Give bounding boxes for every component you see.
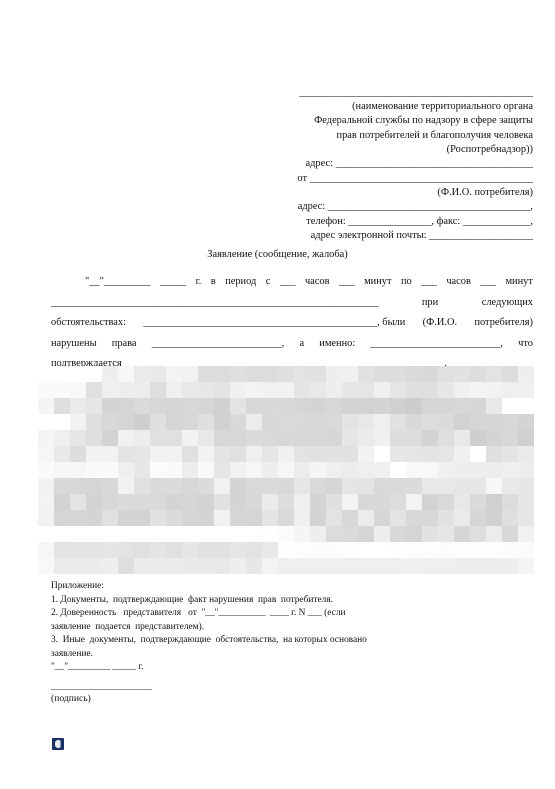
mosaic-cell xyxy=(454,446,470,462)
mosaic-cell xyxy=(38,430,54,446)
mosaic-cell xyxy=(198,462,214,478)
mosaic-cell xyxy=(70,366,86,382)
mosaic-cell xyxy=(118,510,134,526)
mosaic-cell xyxy=(278,510,294,526)
mosaic-cell xyxy=(470,462,486,478)
mosaic-cell xyxy=(38,494,54,510)
mosaic-cell xyxy=(198,366,214,382)
mosaic-cell xyxy=(182,462,198,478)
mosaic-cell xyxy=(502,430,518,446)
mosaic-cell xyxy=(182,446,198,462)
statement-word: часов xyxy=(305,272,330,293)
mosaic-cell xyxy=(246,542,262,558)
signature-caption: (подпись) xyxy=(51,693,152,705)
mosaic-cell xyxy=(198,446,214,462)
mosaic-cell xyxy=(198,542,214,558)
mosaic-cell xyxy=(454,382,470,398)
mosaic-cell xyxy=(326,366,342,382)
mosaic-cell xyxy=(262,526,278,542)
mosaic-cell xyxy=(294,526,310,542)
mosaic-cell xyxy=(374,478,390,494)
mosaic-cell xyxy=(454,430,470,446)
mosaic-cell xyxy=(470,558,486,574)
mosaic-cell xyxy=(374,494,390,510)
mosaic-cell xyxy=(166,366,182,382)
mosaic-cell xyxy=(198,382,214,398)
mosaic-cell xyxy=(102,462,118,478)
mosaic-cell xyxy=(214,558,230,574)
mosaic-cell xyxy=(406,446,422,462)
appendix-section: Приложение: 1. Документы, подтверждающие… xyxy=(51,580,411,675)
mosaic-cell xyxy=(422,366,438,382)
mosaic-cell xyxy=(470,382,486,398)
mosaic-cell xyxy=(438,526,454,542)
authority-name-field: ________________________________________… xyxy=(299,86,533,100)
mosaic-cell xyxy=(166,558,182,574)
mosaic-cell xyxy=(54,478,70,494)
mosaic-cell xyxy=(374,462,390,478)
mosaic-cell xyxy=(262,398,278,414)
mosaic-cell xyxy=(502,462,518,478)
statement-word: а xyxy=(299,334,304,355)
mosaic-cell xyxy=(454,510,470,526)
mosaic-cell xyxy=(86,494,102,510)
mosaic-cell xyxy=(374,398,390,414)
mosaic-cell xyxy=(246,446,262,462)
mosaic-cell xyxy=(70,542,86,558)
mosaic-cell xyxy=(310,526,326,542)
statement-word: ________________________________________… xyxy=(143,313,405,334)
mosaic-cell xyxy=(118,446,134,462)
mosaic-cell xyxy=(70,414,86,430)
mosaic-cell xyxy=(374,510,390,526)
mosaic-cell xyxy=(198,558,214,574)
mosaic-cell xyxy=(54,462,70,478)
mosaic-cell xyxy=(118,366,134,382)
mosaic-cell xyxy=(390,558,406,574)
mosaic-cell xyxy=(486,558,502,574)
mosaic-cell xyxy=(326,398,342,414)
mosaic-cell xyxy=(166,542,182,558)
mosaic-cell xyxy=(150,366,166,382)
mosaic-cell xyxy=(134,478,150,494)
mosaic-cell xyxy=(278,430,294,446)
mosaic-cell xyxy=(230,446,246,462)
mosaic-cell xyxy=(262,366,278,382)
statement-word: ___ xyxy=(421,272,437,293)
mosaic-cell xyxy=(262,558,278,574)
mosaic-cell xyxy=(358,382,374,398)
mosaic-cell xyxy=(374,558,390,574)
statement-word: что xyxy=(518,334,533,355)
mosaic-cell xyxy=(214,462,230,478)
mosaic-cell xyxy=(214,382,230,398)
applicant-name-caption: (Ф.И.О. потребителя) xyxy=(297,186,533,200)
mosaic-cell xyxy=(326,414,342,430)
mosaic-cell xyxy=(134,446,150,462)
mosaic-cell xyxy=(454,478,470,494)
mosaic-cell xyxy=(310,510,326,526)
mosaic-cell xyxy=(326,478,342,494)
mosaic-cell xyxy=(102,446,118,462)
mosaic-cell xyxy=(278,558,294,574)
mosaic-cell xyxy=(486,462,502,478)
statement-word: именно: xyxy=(319,334,355,355)
mosaic-cell xyxy=(214,398,230,414)
mosaic-cell xyxy=(342,446,358,462)
mosaic-cell xyxy=(70,510,86,526)
mosaic-cell xyxy=(390,446,406,462)
mosaic-cell xyxy=(486,510,502,526)
mosaic-cell xyxy=(166,462,182,478)
mosaic-cell xyxy=(502,382,518,398)
mosaic-cell xyxy=(422,430,438,446)
mosaic-cell xyxy=(134,510,150,526)
mosaic-cell xyxy=(294,542,310,558)
mosaic-cell xyxy=(38,398,54,414)
mosaic-cell xyxy=(38,366,54,382)
mosaic-cell xyxy=(518,382,534,398)
statement-word: при xyxy=(422,293,438,314)
mosaic-cell xyxy=(214,526,230,542)
mosaic-cell xyxy=(294,510,310,526)
mosaic-cell xyxy=(278,526,294,542)
mosaic-cell xyxy=(150,526,166,542)
mosaic-cell xyxy=(342,542,358,558)
mosaic-cell xyxy=(214,430,230,446)
mosaic-cell xyxy=(486,414,502,430)
mosaic-cell xyxy=(310,382,326,398)
mosaic-cell xyxy=(262,414,278,430)
mosaic-cell xyxy=(502,526,518,542)
statement-word: ________________________________________… xyxy=(51,293,378,314)
mosaic-cell xyxy=(38,446,54,462)
mosaic-cell xyxy=(390,478,406,494)
statement-word: минут xyxy=(505,272,532,293)
mosaic-cell xyxy=(54,446,70,462)
mosaic-cell xyxy=(486,494,502,510)
applicant-address-field: адрес: _________________________________… xyxy=(297,200,533,214)
mosaic-cell xyxy=(86,526,102,542)
mosaic-cell xyxy=(54,430,70,446)
mosaic-cell xyxy=(502,446,518,462)
mosaic-cell xyxy=(150,494,166,510)
authority-caption-line-2: Федеральной службы по надзору в сфере за… xyxy=(299,114,533,128)
statement-word: период xyxy=(225,272,256,293)
mosaic-cell xyxy=(70,526,86,542)
mosaic-cell xyxy=(342,494,358,510)
appendix-item-2-cont: заявление подается представителем). xyxy=(51,621,411,635)
mosaic-cell xyxy=(486,366,502,382)
mosaic-cell xyxy=(406,414,422,430)
mosaic-cell xyxy=(86,462,102,478)
mosaic-cell xyxy=(182,510,198,526)
mosaic-cell xyxy=(198,430,214,446)
authority-caption-line-4: (Роспотребнадзор)) xyxy=(299,143,533,157)
mosaic-cell xyxy=(230,398,246,414)
mosaic-cell xyxy=(102,510,118,526)
mosaic-cell xyxy=(38,414,54,430)
mosaic-cell xyxy=(406,382,422,398)
mosaic-cell xyxy=(310,558,326,574)
mosaic-cell xyxy=(278,462,294,478)
mosaic-cell xyxy=(470,446,486,462)
mosaic-cell xyxy=(214,510,230,526)
mosaic-cell xyxy=(198,494,214,510)
mosaic-cell xyxy=(102,430,118,446)
mosaic-cell xyxy=(118,398,134,414)
mosaic-cell xyxy=(390,542,406,558)
mosaic-cell xyxy=(102,414,118,430)
statement-word: следующих xyxy=(482,293,533,314)
mosaic-cell xyxy=(198,414,214,430)
mosaic-cell xyxy=(422,462,438,478)
mosaic-cell xyxy=(278,398,294,414)
mosaic-cell xyxy=(454,526,470,542)
mosaic-cell xyxy=(502,478,518,494)
mosaic-cell xyxy=(438,510,454,526)
mosaic-cell xyxy=(390,494,406,510)
mosaic-cell xyxy=(422,494,438,510)
mosaic-cell xyxy=(486,430,502,446)
mosaic-cell xyxy=(54,494,70,510)
mosaic-cell xyxy=(406,430,422,446)
mosaic-cell xyxy=(166,382,182,398)
mosaic-cell xyxy=(198,478,214,494)
mosaic-cell xyxy=(230,478,246,494)
mosaic-cell xyxy=(374,366,390,382)
mosaic-cell xyxy=(70,478,86,494)
mosaic-cell xyxy=(486,478,502,494)
authority-address-field: адрес: _________________________________… xyxy=(299,157,533,171)
mosaic-cell xyxy=(182,494,198,510)
mosaic-cell xyxy=(246,430,262,446)
mosaic-cell xyxy=(422,526,438,542)
mosaic-cell xyxy=(390,462,406,478)
applicant-name-field: от _____________________________________… xyxy=(297,172,533,186)
statement-word: по xyxy=(401,272,412,293)
mosaic-cell xyxy=(182,414,198,430)
authority-caption-line-3: прав потребителей и благополучия человек… xyxy=(299,129,533,143)
mosaic-cell xyxy=(326,430,342,446)
mosaic-cell xyxy=(470,398,486,414)
mosaic-cell xyxy=(342,430,358,446)
mosaic-cell xyxy=(118,558,134,574)
mosaic-cell xyxy=(134,414,150,430)
mosaic-cell xyxy=(438,494,454,510)
mosaic-cell xyxy=(54,382,70,398)
mosaic-cell xyxy=(150,414,166,430)
mosaic-cell xyxy=(246,366,262,382)
mosaic-cell xyxy=(214,494,230,510)
mosaic-cell xyxy=(438,478,454,494)
mosaic-cell xyxy=(118,478,134,494)
mosaic-cell xyxy=(422,542,438,558)
mosaic-cell xyxy=(358,430,374,446)
mosaic-cell xyxy=(86,366,102,382)
mosaic-cell xyxy=(406,366,422,382)
mosaic-cell xyxy=(502,558,518,574)
mosaic-cell xyxy=(342,462,358,478)
mosaic-cell xyxy=(342,382,358,398)
statement-line-3: обстоятельствах:________________________… xyxy=(51,313,533,334)
mosaic-cell xyxy=(150,382,166,398)
statement-word: "__"_________ xyxy=(85,272,151,293)
mosaic-cell xyxy=(86,558,102,574)
mosaic-cell xyxy=(342,558,358,574)
mosaic-cell xyxy=(310,542,326,558)
mosaic-cell xyxy=(374,414,390,430)
mosaic-cell xyxy=(518,542,534,558)
mosaic-cell xyxy=(294,558,310,574)
mosaic-cell xyxy=(518,526,534,542)
mosaic-cell xyxy=(134,494,150,510)
mosaic-cell xyxy=(182,398,198,414)
mosaic-cell xyxy=(86,510,102,526)
mosaic-cell xyxy=(182,542,198,558)
mosaic-cell xyxy=(102,382,118,398)
mosaic-cell xyxy=(278,382,294,398)
mosaic-cell xyxy=(70,494,86,510)
mosaic-cell xyxy=(54,366,70,382)
mosaic-cell xyxy=(230,558,246,574)
mosaic-cell xyxy=(310,414,326,430)
mosaic-cell xyxy=(166,398,182,414)
statement-line-4: нарушеныправа_________________________,а… xyxy=(51,334,533,355)
mosaic-cell xyxy=(150,430,166,446)
mosaic-cell xyxy=(38,478,54,494)
mosaic-cell xyxy=(166,430,182,446)
mosaic-cell xyxy=(70,558,86,574)
mosaic-cell xyxy=(150,398,166,414)
mosaic-cell xyxy=(182,382,198,398)
mosaic-cell xyxy=(438,542,454,558)
appendix-item-1: 1. Документы, подтверждающие факт наруше… xyxy=(51,594,411,608)
statement-paragraph: "__"______________г.впериодс___часов___м… xyxy=(51,272,533,375)
mosaic-cell xyxy=(470,494,486,510)
mosaic-cell xyxy=(166,446,182,462)
appendix-heading: Приложение: xyxy=(51,580,411,594)
mosaic-cell xyxy=(454,542,470,558)
mosaic-cell xyxy=(438,462,454,478)
signature-line: _____________________ xyxy=(51,681,152,693)
mosaic-cell xyxy=(502,414,518,430)
mosaic-cell xyxy=(86,414,102,430)
mosaic-cell xyxy=(102,558,118,574)
mosaic-cell xyxy=(262,430,278,446)
mosaic-cell xyxy=(230,542,246,558)
statement-word: нарушены xyxy=(51,334,97,355)
mosaic-cell xyxy=(198,398,214,414)
mosaic-cell xyxy=(54,558,70,574)
mosaic-cell xyxy=(262,446,278,462)
mosaic-cell xyxy=(134,462,150,478)
mosaic-cell xyxy=(326,526,342,542)
mosaic-cell xyxy=(262,494,278,510)
mosaic-cell xyxy=(518,366,534,382)
mosaic-cell xyxy=(246,414,262,430)
mosaic-cell xyxy=(214,478,230,494)
mosaic-cell xyxy=(454,366,470,382)
mosaic-cell xyxy=(150,542,166,558)
mosaic-cell xyxy=(454,414,470,430)
mosaic-cell xyxy=(390,510,406,526)
mosaic-cell xyxy=(230,366,246,382)
mosaic-cell xyxy=(278,542,294,558)
mosaic-cell xyxy=(118,430,134,446)
mosaic-cell xyxy=(86,542,102,558)
document-logo-icon xyxy=(52,738,64,750)
mosaic-cell xyxy=(246,526,262,542)
mosaic-cell xyxy=(310,494,326,510)
mosaic-cell xyxy=(54,414,70,430)
mosaic-cell xyxy=(294,446,310,462)
mosaic-cell xyxy=(486,398,502,414)
appendix-item-2: 2. Доверенность представителя от "__"___… xyxy=(51,607,411,621)
mosaic-cell xyxy=(102,398,118,414)
mosaic-cell xyxy=(230,414,246,430)
mosaic-cell xyxy=(438,398,454,414)
mosaic-cell xyxy=(438,430,454,446)
mosaic-cell xyxy=(486,382,502,398)
mosaic-cell xyxy=(150,510,166,526)
mosaic-cell xyxy=(470,366,486,382)
statement-word: обстоятельствах: xyxy=(51,313,126,334)
mosaic-cell xyxy=(86,382,102,398)
mosaic-cell xyxy=(358,510,374,526)
mosaic-cell xyxy=(278,366,294,382)
mosaic-cell xyxy=(38,462,54,478)
mosaic-cell xyxy=(150,478,166,494)
mosaic-cell xyxy=(310,398,326,414)
authority-caption-line-1: (наименование территориального органа xyxy=(299,100,533,114)
mosaic-cell xyxy=(518,430,534,446)
mosaic-cell xyxy=(102,494,118,510)
mosaic-cell xyxy=(374,526,390,542)
mosaic-cell xyxy=(102,526,118,542)
mosaic-cell xyxy=(390,382,406,398)
mosaic-cell xyxy=(86,398,102,414)
mosaic-cell xyxy=(358,366,374,382)
appendix-item-3-cont: заявление. xyxy=(51,648,411,662)
mosaic-cell xyxy=(294,398,310,414)
mosaic-cell xyxy=(118,542,134,558)
mosaic-cell xyxy=(438,446,454,462)
mosaic-cell xyxy=(134,526,150,542)
mosaic-cell xyxy=(118,526,134,542)
mosaic-cell xyxy=(198,510,214,526)
mosaic-cell xyxy=(310,430,326,446)
mosaic-cell xyxy=(214,542,230,558)
mosaic-cell xyxy=(246,558,262,574)
statement-word: г. xyxy=(196,272,202,293)
mosaic-cell xyxy=(518,494,534,510)
mosaic-cell xyxy=(470,414,486,430)
mosaic-cell xyxy=(182,366,198,382)
mosaic-cell xyxy=(310,366,326,382)
mosaic-cell xyxy=(262,510,278,526)
mosaic-cell xyxy=(422,446,438,462)
mosaic-cell xyxy=(246,462,262,478)
mosaic-cell xyxy=(438,414,454,430)
mosaic-cell xyxy=(502,366,518,382)
mosaic-cell xyxy=(326,558,342,574)
mosaic-cell xyxy=(70,382,86,398)
mosaic-cell xyxy=(214,414,230,430)
mosaic-cell xyxy=(406,494,422,510)
mosaic-cell xyxy=(262,478,278,494)
mosaic-cell xyxy=(150,558,166,574)
